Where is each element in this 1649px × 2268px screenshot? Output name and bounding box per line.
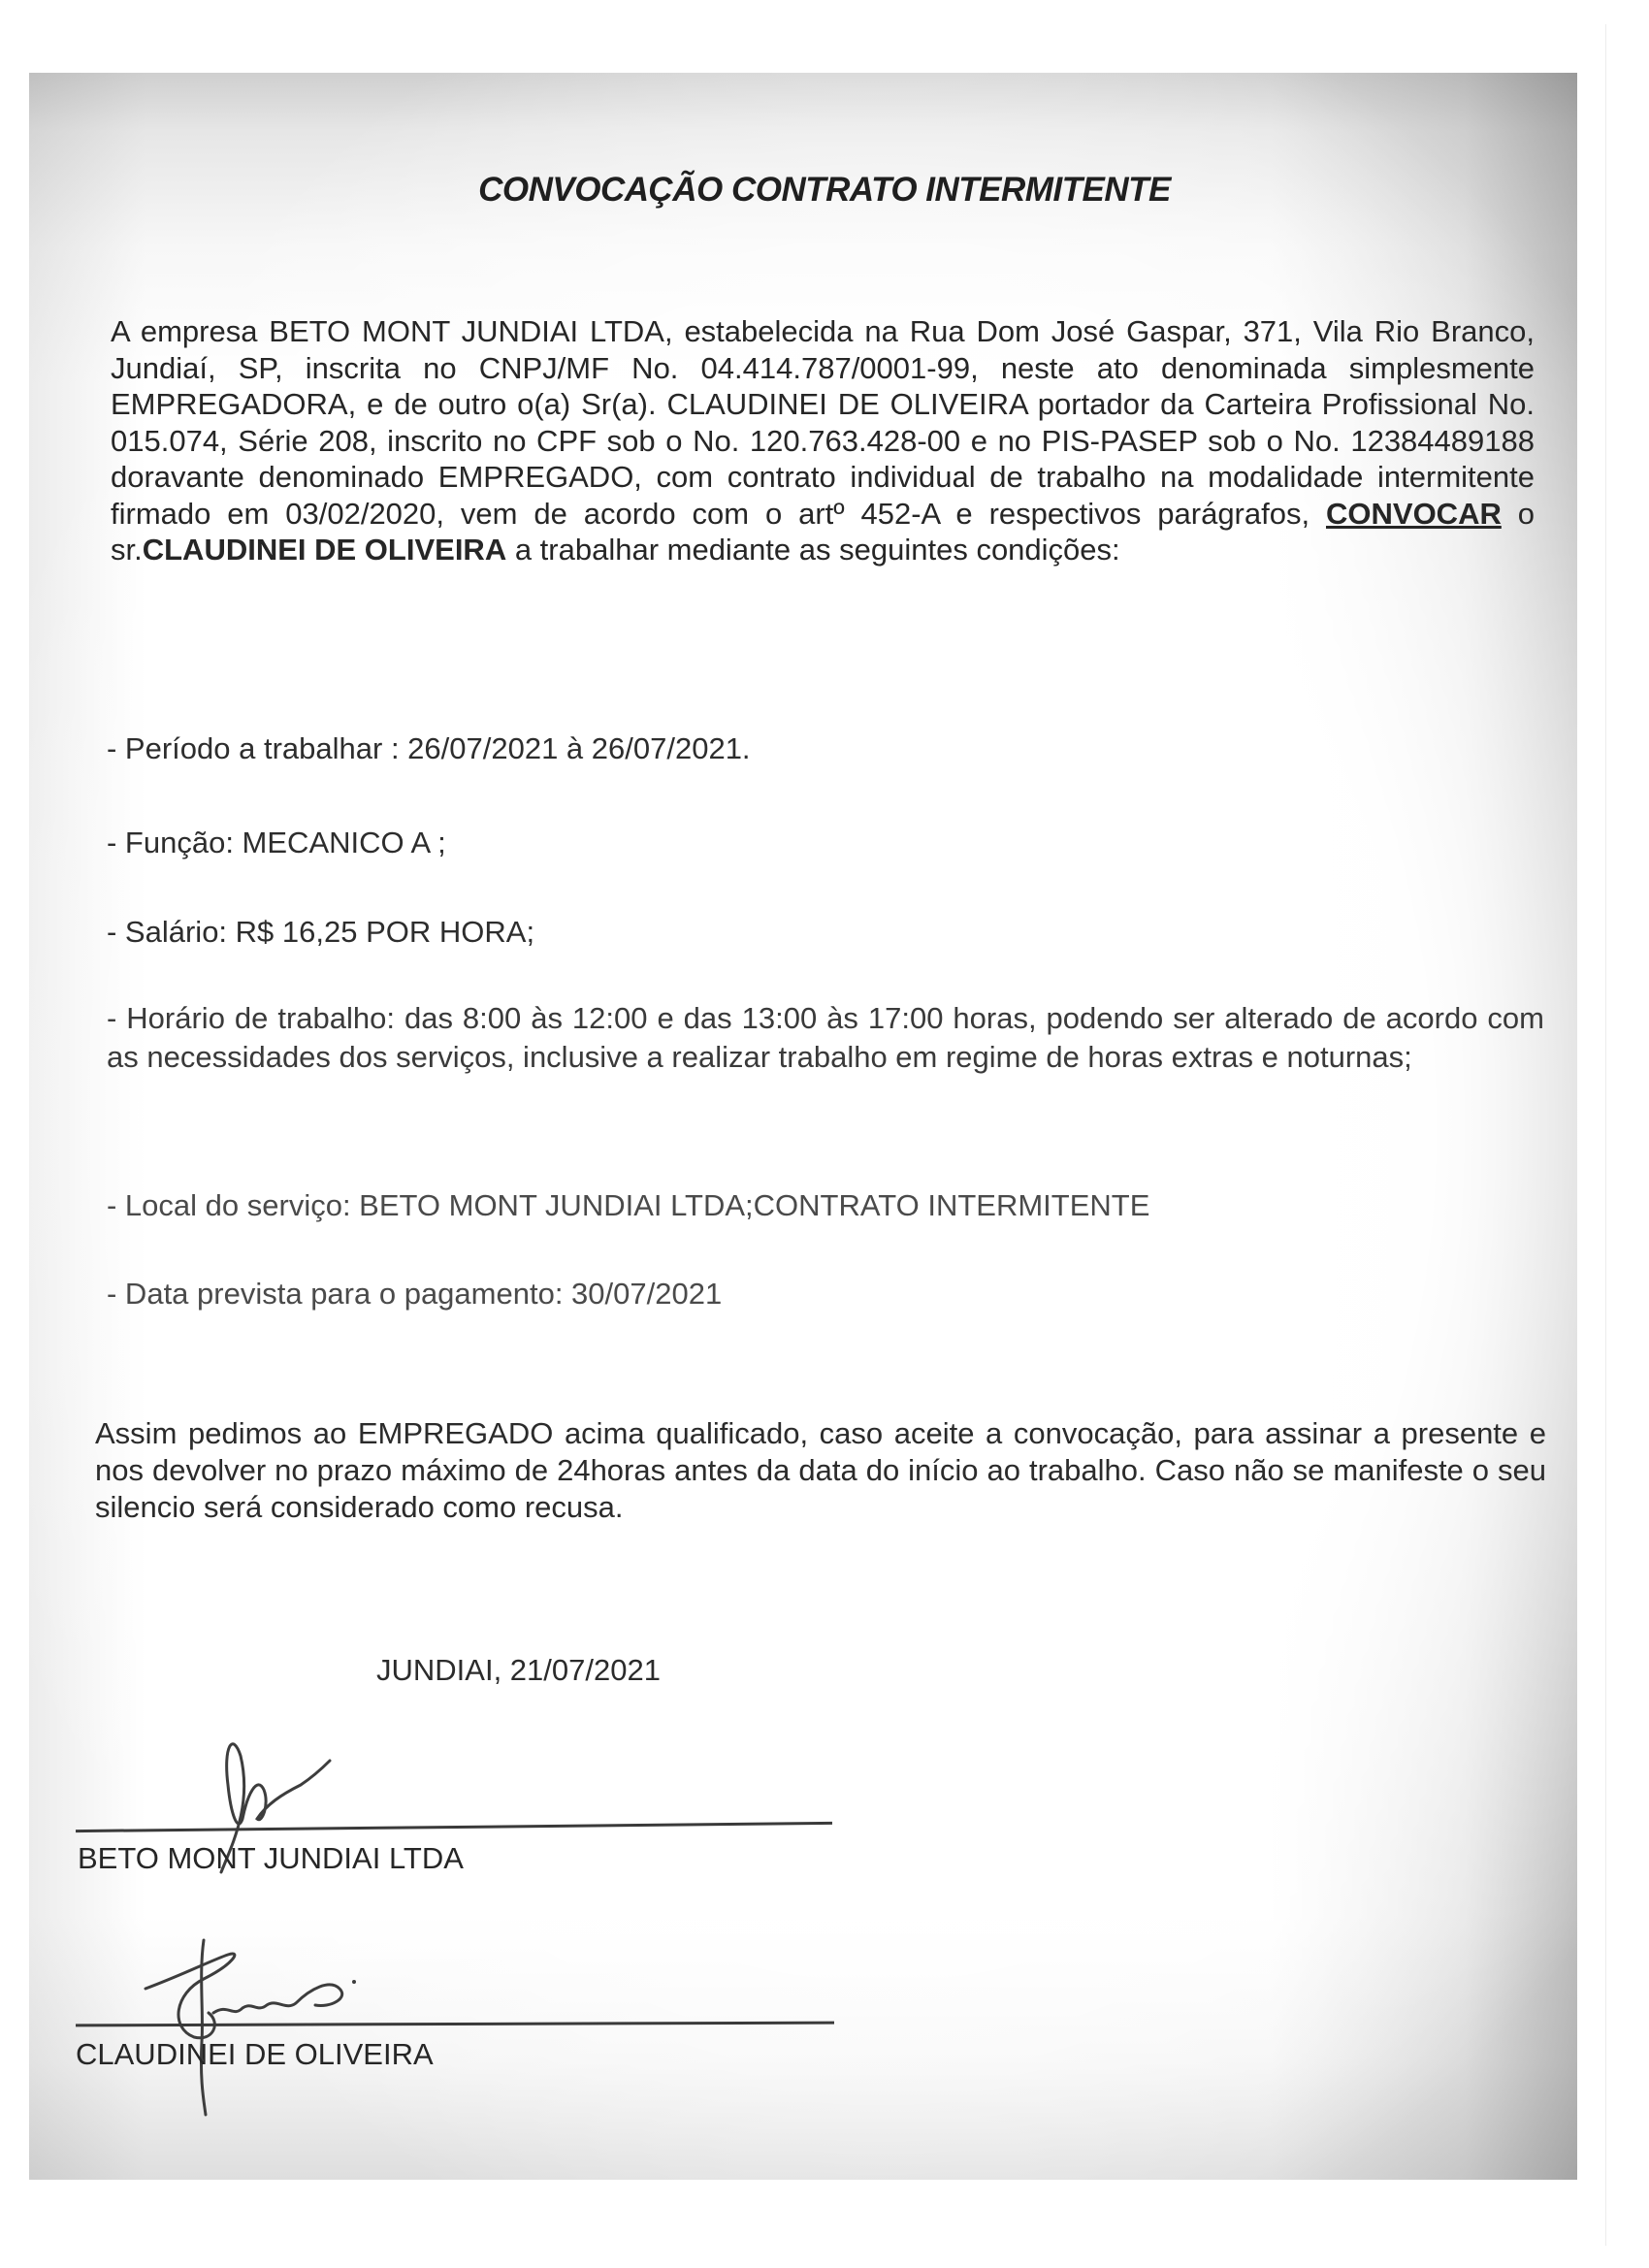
document-title: CONVOCAÇÃO CONTRATO INTERMITENTE (0, 171, 1649, 210)
employee-signature-icon (107, 1935, 359, 2120)
condition-periodo: - Período a trabalhar : 26/07/2021 à 26/… (107, 731, 751, 766)
closing-paragraph: Assim pedimos ao EMPREGADO acima qualifi… (95, 1415, 1546, 1526)
employee-name-bold: CLAUDINEI DE OLIVEIRA (143, 533, 506, 567)
condition-pagamento: - Data prevista para o pagamento: 30/07/… (107, 1277, 722, 1312)
scan-edge-line (1605, 24, 1606, 2246)
condition-funcao: - Função: MECANICO A ; (107, 826, 446, 860)
intro-text: A empresa BETO MONT JUNDIAI LTDA, estabe… (111, 314, 1535, 531)
employee-signature-label: CLAUDINEI DE OLIVEIRA (76, 2037, 434, 2072)
condition-salario: - Salário: R$ 16,25 POR HORA; (107, 915, 534, 950)
intro-suffix: a trabalhar mediante as seguintes condiç… (506, 533, 1119, 567)
place-and-date: JUNDIAI, 21/07/2021 (376, 1653, 661, 1688)
condition-horario: - Horário de trabalho: das 8:00 às 12:00… (107, 999, 1544, 1077)
intro-paragraph: A empresa BETO MONT JUNDIAI LTDA, estabe… (111, 313, 1535, 568)
employer-signature-label: BETO MONT JUNDIAI LTDA (78, 1841, 464, 1876)
condition-local: - Local do serviço: BETO MONT JUNDIAI LT… (107, 1188, 1149, 1223)
convocar-emphasis: CONVOCAR (1326, 497, 1502, 531)
